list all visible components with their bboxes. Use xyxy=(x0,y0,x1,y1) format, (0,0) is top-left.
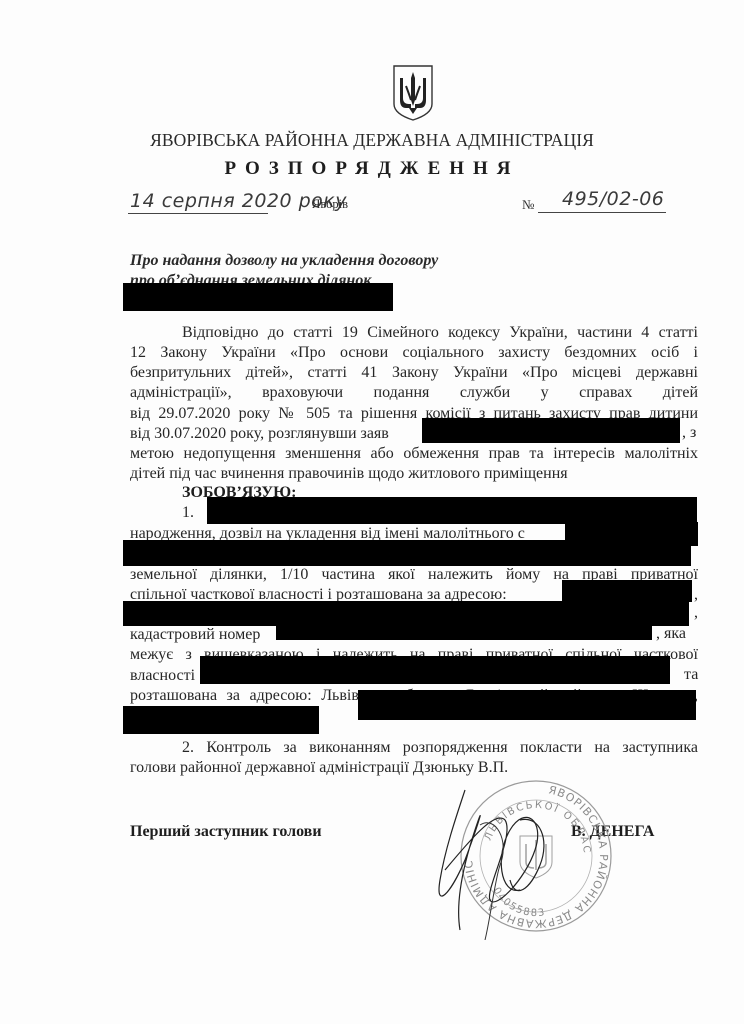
redaction-box xyxy=(123,283,393,311)
document-type: РОЗПОРЯДЖЕННЯ xyxy=(0,158,744,180)
number-sign: № xyxy=(522,197,534,213)
redaction-box xyxy=(358,690,696,720)
signatory-title: Перший заступник голови xyxy=(130,823,322,841)
redaction-box xyxy=(276,620,652,640)
item-2-line: 2. Контроль за виконанням розпорядження … xyxy=(130,738,698,758)
date-underline xyxy=(128,213,268,214)
item-1-line-tail: , яка xyxy=(656,625,686,643)
redaction-box xyxy=(123,540,691,566)
item-1-number: 1. xyxy=(182,504,194,522)
number-underline xyxy=(538,212,666,213)
preamble-line: адміністрації», враховуючи подання служб… xyxy=(130,383,698,403)
organization-name: ЯВОРІВСЬКА РАЙОННА ДЕРЖАВНА АДМІНІСТРАЦІ… xyxy=(0,130,744,151)
trident-coat-of-arms-icon xyxy=(392,64,434,122)
handwritten-document-number: 495/02-06 xyxy=(562,188,664,210)
document-page: ЯВОРІВСЬКА РАЙОННА ДЕРЖАВНА АДМІНІСТРАЦІ… xyxy=(0,0,744,1024)
redaction-box xyxy=(123,706,319,734)
redaction-box xyxy=(200,656,670,684)
preamble-line: метою недопущення зменшення або обмеженн… xyxy=(130,444,698,464)
city: Яворів xyxy=(312,197,348,212)
item-1-comma: , xyxy=(694,586,698,604)
preamble-line-tail: , з xyxy=(682,424,696,442)
item-1-comma: , xyxy=(694,604,698,622)
item-1-line-tail: та xyxy=(684,666,698,684)
redaction-box xyxy=(562,580,692,602)
redaction-box xyxy=(422,418,680,443)
subject-line-1: Про надання дозволу на укладення договор… xyxy=(130,252,438,270)
preamble-line: дітей під час вчинення правочинів щодо ж… xyxy=(130,464,698,484)
preamble-line: Відповідно до статті 19 Сімейного кодекс… xyxy=(130,323,698,343)
handwritten-signature xyxy=(425,780,575,940)
preamble-line: 12 Закону України «Про основи соціальног… xyxy=(130,343,698,363)
preamble-line: безпритульних дітей», статті 41 Закону У… xyxy=(130,363,698,383)
item-2-line: голови районної державної адміністрації … xyxy=(130,758,698,778)
redaction-box xyxy=(207,497,697,524)
